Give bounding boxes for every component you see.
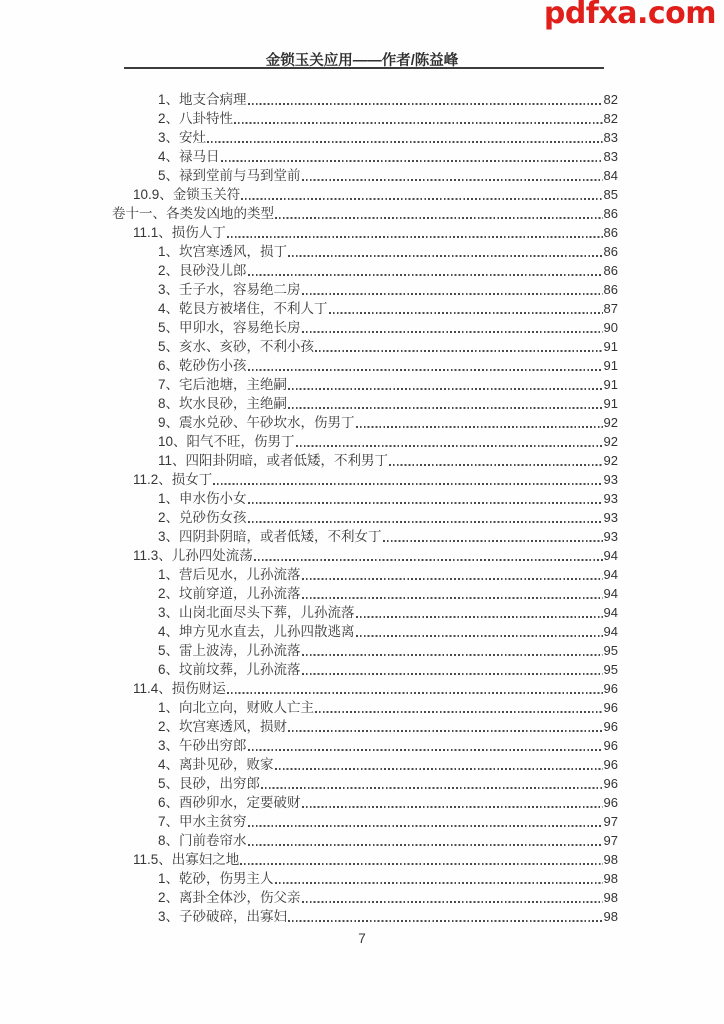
- toc-entry-page: 86: [604, 280, 618, 299]
- toc-entry: 3、子砂破碎，出寡妇98: [112, 907, 618, 926]
- toc-entry-page: 97: [604, 831, 618, 850]
- dot-leader: [356, 635, 603, 637]
- toc-entry-label: 3、午砂出穷郎: [158, 736, 247, 755]
- toc-entry-label: 6、酉砂卯水，定要破财: [158, 793, 301, 812]
- toc-entry: 10.9、金锁玉关符85: [112, 185, 618, 204]
- toc-entry-page: 82: [604, 109, 618, 128]
- toc-entry-label: 2、八卦特性: [158, 109, 233, 128]
- toc-entry: 1、申水伤小女93: [112, 489, 618, 508]
- toc-entry-page: 96: [604, 755, 618, 774]
- toc-entry-page: 94: [604, 584, 618, 603]
- dot-leader: [221, 160, 603, 162]
- toc-entry: 3、山岗北面尽头下葬，儿孙流落94: [112, 603, 618, 622]
- dot-leader: [288, 255, 603, 257]
- dot-leader: [248, 369, 603, 371]
- dot-leader: [227, 692, 603, 694]
- header-rule: [124, 67, 604, 69]
- toc-entry-page: 98: [604, 888, 618, 907]
- toc-entry: 3、四阴卦阴暗，或者低矮，不利女丁93: [112, 527, 618, 546]
- dot-leader: [302, 673, 603, 675]
- dot-leader: [248, 825, 603, 827]
- toc-entry-label: 3、壬子水，容易绝二房: [158, 280, 301, 299]
- toc-entry-label: 11.2、损女丁: [133, 470, 212, 489]
- toc-entry: 9、震水兑砂、午砂坎水，伤男丁92: [112, 413, 618, 432]
- dot-leader: [302, 654, 603, 656]
- toc-entry-label: 1、乾砂，伤男主人: [158, 869, 274, 888]
- toc-entry-page: 86: [604, 204, 618, 223]
- toc-entry-page: 94: [604, 565, 618, 584]
- toc-entry: 1、地支合病理82: [112, 90, 618, 109]
- toc-entry-page: 96: [604, 774, 618, 793]
- toc-entry-label: 7、甲水主贫穷: [158, 812, 247, 831]
- toc-entry-label: 卷十一、各类发凶地的类型: [112, 204, 274, 223]
- toc-entry-page: 93: [604, 527, 618, 546]
- toc-entry: 2、坎宫寒透风，损财96: [112, 717, 618, 736]
- toc-entry-page: 83: [604, 147, 618, 166]
- toc-entry-label: 3、安灶: [158, 128, 206, 147]
- toc-entry: 11.4、损伤财运96: [112, 679, 618, 698]
- toc-entry-page: 96: [604, 736, 618, 755]
- toc-entry-label: 10.9、金锁玉关符: [133, 185, 240, 204]
- toc-entry-page: 86: [604, 223, 618, 242]
- dot-leader: [389, 464, 603, 466]
- toc-entry: 1、向北立向，财败人亡主96: [112, 698, 618, 717]
- toc-entry: 3、壬子水，容易绝二房86: [112, 280, 618, 299]
- toc-entry-label: 6、坟前坟葬，儿孙流落: [158, 660, 301, 679]
- toc-entry: 4、禄马日83: [112, 147, 618, 166]
- toc-entry: 11、四阳卦阴暗，或者低矮，不利男丁92: [112, 451, 618, 470]
- dot-leader: [288, 388, 603, 390]
- toc-entry-label: 11.3、儿孙四处流荡: [133, 546, 253, 565]
- dot-leader: [227, 236, 603, 238]
- toc-entry-label: 4、离卦见砂，败家: [158, 755, 274, 774]
- toc-entry-page: 91: [604, 337, 618, 356]
- toc-entry: 7、宅后池塘，主绝嗣91: [112, 375, 618, 394]
- toc-entry-label: 6、乾砂伤小孩: [158, 356, 247, 375]
- toc-entry-page: 95: [604, 660, 618, 679]
- toc-entry-label: 9、震水兑砂、午砂坎水，伤男丁: [158, 413, 355, 432]
- toc-entry: 4、离卦见砂，败家96: [112, 755, 618, 774]
- toc-entry-label: 1、营后见水，儿孙流落: [158, 565, 301, 584]
- toc-entry-label: 2、艮砂没儿郎: [158, 261, 247, 280]
- toc-entry: 8、坎水艮砂，主绝嗣91: [112, 394, 618, 413]
- toc-entry-label: 1、向北立向，财败人亡主: [158, 698, 314, 717]
- toc-entry-label: 4、禄马日: [158, 147, 220, 166]
- toc-entry-label: 3、子砂破碎，出寡妇: [158, 907, 287, 926]
- dot-leader: [315, 350, 603, 352]
- toc-entry-label: 5、雷上波涛，儿孙流落: [158, 641, 301, 660]
- toc-entry: 2、八卦特性82: [112, 109, 618, 128]
- dot-leader: [248, 749, 603, 751]
- toc-entry: 7、甲水主贫穷97: [112, 812, 618, 831]
- toc-entry-label: 8、坎水艮砂，主绝嗣: [158, 394, 287, 413]
- toc-entry-page: 97: [604, 812, 618, 831]
- toc-entry-page: 94: [604, 622, 618, 641]
- toc-entry: 卷十一、各类发凶地的类型86: [112, 204, 618, 223]
- toc-entry-page: 92: [604, 413, 618, 432]
- toc-entry: 2、离卦全体沙，伤父亲98: [112, 888, 618, 907]
- toc-entry: 1、营后见水，儿孙流落94: [112, 565, 618, 584]
- toc-entry-page: 86: [604, 261, 618, 280]
- toc-entry-page: 98: [604, 869, 618, 888]
- toc-entry-label: 2、离卦全体沙，伤父亲: [158, 888, 301, 907]
- toc-entry-label: 11.4、损伤财运: [133, 679, 226, 698]
- toc-entry-page: 94: [604, 546, 618, 565]
- toc-entry-page: 91: [604, 394, 618, 413]
- toc-entry: 8、门前卷帘水97: [112, 831, 618, 850]
- toc-entry: 1、坎宫寒透风，损丁86: [112, 242, 618, 261]
- toc-entry: 5、艮砂，出穷郎96: [112, 774, 618, 793]
- toc-entry: 5、甲卯水，容易绝长房90: [112, 318, 618, 337]
- dot-leader: [254, 559, 603, 561]
- toc-entry-page: 95: [604, 641, 618, 660]
- toc-entry: 5、亥水、亥砂，不利小孩91: [112, 337, 618, 356]
- toc-entry-page: 86: [604, 242, 618, 261]
- toc-entry-page: 84: [604, 166, 618, 185]
- dot-leader: [248, 274, 603, 276]
- dot-leader: [302, 578, 603, 580]
- toc-entry-page: 93: [604, 489, 618, 508]
- dot-leader: [302, 293, 603, 295]
- toc-entry-page: 90: [604, 318, 618, 337]
- dot-leader: [261, 787, 603, 789]
- toc-entry-page: 87: [604, 299, 618, 318]
- toc-entry-page: 92: [604, 451, 618, 470]
- dot-leader: [302, 901, 603, 903]
- dot-leader: [248, 103, 603, 105]
- toc-entry-page: 93: [604, 470, 618, 489]
- toc-entry-page: 85: [604, 185, 618, 204]
- scanned-document-page: pdfxa.com 金锁玉关应用——作者/陈益峰 1、地支合病理822、八卦特性…: [0, 0, 724, 1024]
- toc-entry: 6、乾砂伤小孩91: [112, 356, 618, 375]
- toc-entry-label: 4、坤方见水直去，儿孙四散逃离: [158, 622, 355, 641]
- dot-leader: [275, 217, 603, 219]
- dot-leader: [302, 597, 603, 599]
- toc-entry: 10、阳气不旺，伤男丁92: [112, 432, 618, 451]
- toc-entry: 2、坟前穿道，儿孙流落94: [112, 584, 618, 603]
- toc-entry-page: 83: [604, 128, 618, 147]
- toc-entry: 5、禄到堂前与马到堂前84: [112, 166, 618, 185]
- toc-entry: 3、安灶83: [112, 128, 618, 147]
- toc-entry: 6、坟前坟葬，儿孙流落95: [112, 660, 618, 679]
- dot-leader: [302, 179, 603, 181]
- footer-page-number: 7: [0, 931, 724, 946]
- toc-entry-label: 5、甲卯水，容易绝长房: [158, 318, 301, 337]
- dot-leader: [248, 844, 603, 846]
- toc-entry-label: 3、山岗北面尽头下葬，儿孙流落: [158, 603, 355, 622]
- dot-leader: [302, 806, 603, 808]
- toc-entry-label: 7、宅后池塘，主绝嗣: [158, 375, 287, 394]
- dot-leader: [288, 407, 603, 409]
- dot-leader: [288, 730, 603, 732]
- toc-entry: 1、乾砂，伤男主人98: [112, 869, 618, 888]
- toc-entry: 11.1、损伤人丁86: [112, 223, 618, 242]
- toc-entry-label: 1、申水伤小女: [158, 489, 247, 508]
- toc-entry-page: 92: [604, 432, 618, 451]
- toc-entry-page: 96: [604, 717, 618, 736]
- toc-entry-page: 94: [604, 603, 618, 622]
- toc-entry-page: 96: [604, 793, 618, 812]
- toc-entry: 2、兑砂伤女孩93: [112, 508, 618, 527]
- toc-entry-page: 98: [604, 850, 618, 869]
- watermark-text: pdfxa.com: [544, 0, 716, 31]
- dot-leader: [356, 616, 603, 618]
- toc-entry-label: 11.1、损伤人丁: [133, 223, 226, 242]
- toc-entry: 4、乾艮方被堵住，不利人丁87: [112, 299, 618, 318]
- toc-entry-label: 3、四阴卦阴暗，或者低矮，不利女丁: [158, 527, 382, 546]
- toc-entry-label: 2、坟前穿道，儿孙流落: [158, 584, 301, 603]
- toc-entry: 4、坤方见水直去，儿孙四散逃离94: [112, 622, 618, 641]
- toc-entry-label: 11.5、出寡妇之地: [133, 850, 239, 869]
- dot-leader: [329, 312, 603, 314]
- toc-entry: 11.5、出寡妇之地98: [112, 850, 618, 869]
- dot-leader: [383, 540, 603, 542]
- toc-entry: 11.2、损女丁93: [112, 470, 618, 489]
- toc-entry-page: 93: [604, 508, 618, 527]
- dot-leader: [288, 920, 603, 922]
- toc-entry-label: 11、四阳卦阴暗，或者低矮，不利男丁: [158, 451, 388, 470]
- dot-leader: [275, 882, 603, 884]
- dot-leader: [240, 863, 602, 865]
- dot-leader: [241, 198, 602, 200]
- dot-leader: [248, 521, 603, 523]
- toc-entry: 3、午砂出穷郎96: [112, 736, 618, 755]
- toc-entry-label: 5、禄到堂前与马到堂前: [158, 166, 301, 185]
- toc-entry-label: 8、门前卷帘水: [158, 831, 247, 850]
- toc-entry-page: 96: [604, 679, 618, 698]
- toc-entry-label: 1、地支合病理: [158, 90, 247, 109]
- toc-entry: 6、酉砂卯水，定要破财96: [112, 793, 618, 812]
- toc-entry: 5、雷上波涛，儿孙流落95: [112, 641, 618, 660]
- toc-entry: 11.3、儿孙四处流荡94: [112, 546, 618, 565]
- toc-entry: 2、艮砂没儿郎86: [112, 261, 618, 280]
- toc-entry-label: 2、兑砂伤女孩: [158, 508, 247, 527]
- dot-leader: [207, 141, 603, 143]
- dot-leader: [275, 768, 603, 770]
- dot-leader: [213, 483, 602, 485]
- toc-entry-label: 4、乾艮方被堵住，不利人丁: [158, 299, 328, 318]
- toc-entry-page: 91: [604, 375, 618, 394]
- toc-entry-label: 5、艮砂，出穷郎: [158, 774, 260, 793]
- dot-leader: [296, 445, 603, 447]
- toc-entry-page: 82: [604, 90, 618, 109]
- dot-leader: [315, 711, 603, 713]
- dot-leader: [234, 122, 603, 124]
- dot-leader: [302, 331, 603, 333]
- toc-list: 1、地支合病理822、八卦特性823、安灶834、禄马日835、禄到堂前与马到堂…: [112, 90, 618, 926]
- toc-entry-label: 1、坎宫寒透风，损丁: [158, 242, 287, 261]
- toc-entry-label: 2、坎宫寒透风，损财: [158, 717, 287, 736]
- toc-entry-label: 10、阳气不旺，伤男丁: [158, 432, 295, 451]
- toc-entry-page: 91: [604, 356, 618, 375]
- toc-entry-page: 98: [604, 907, 618, 926]
- dot-leader: [356, 426, 603, 428]
- toc-entry-page: 96: [604, 698, 618, 717]
- toc-entry-label: 5、亥水、亥砂，不利小孩: [158, 337, 314, 356]
- dot-leader: [248, 502, 603, 504]
